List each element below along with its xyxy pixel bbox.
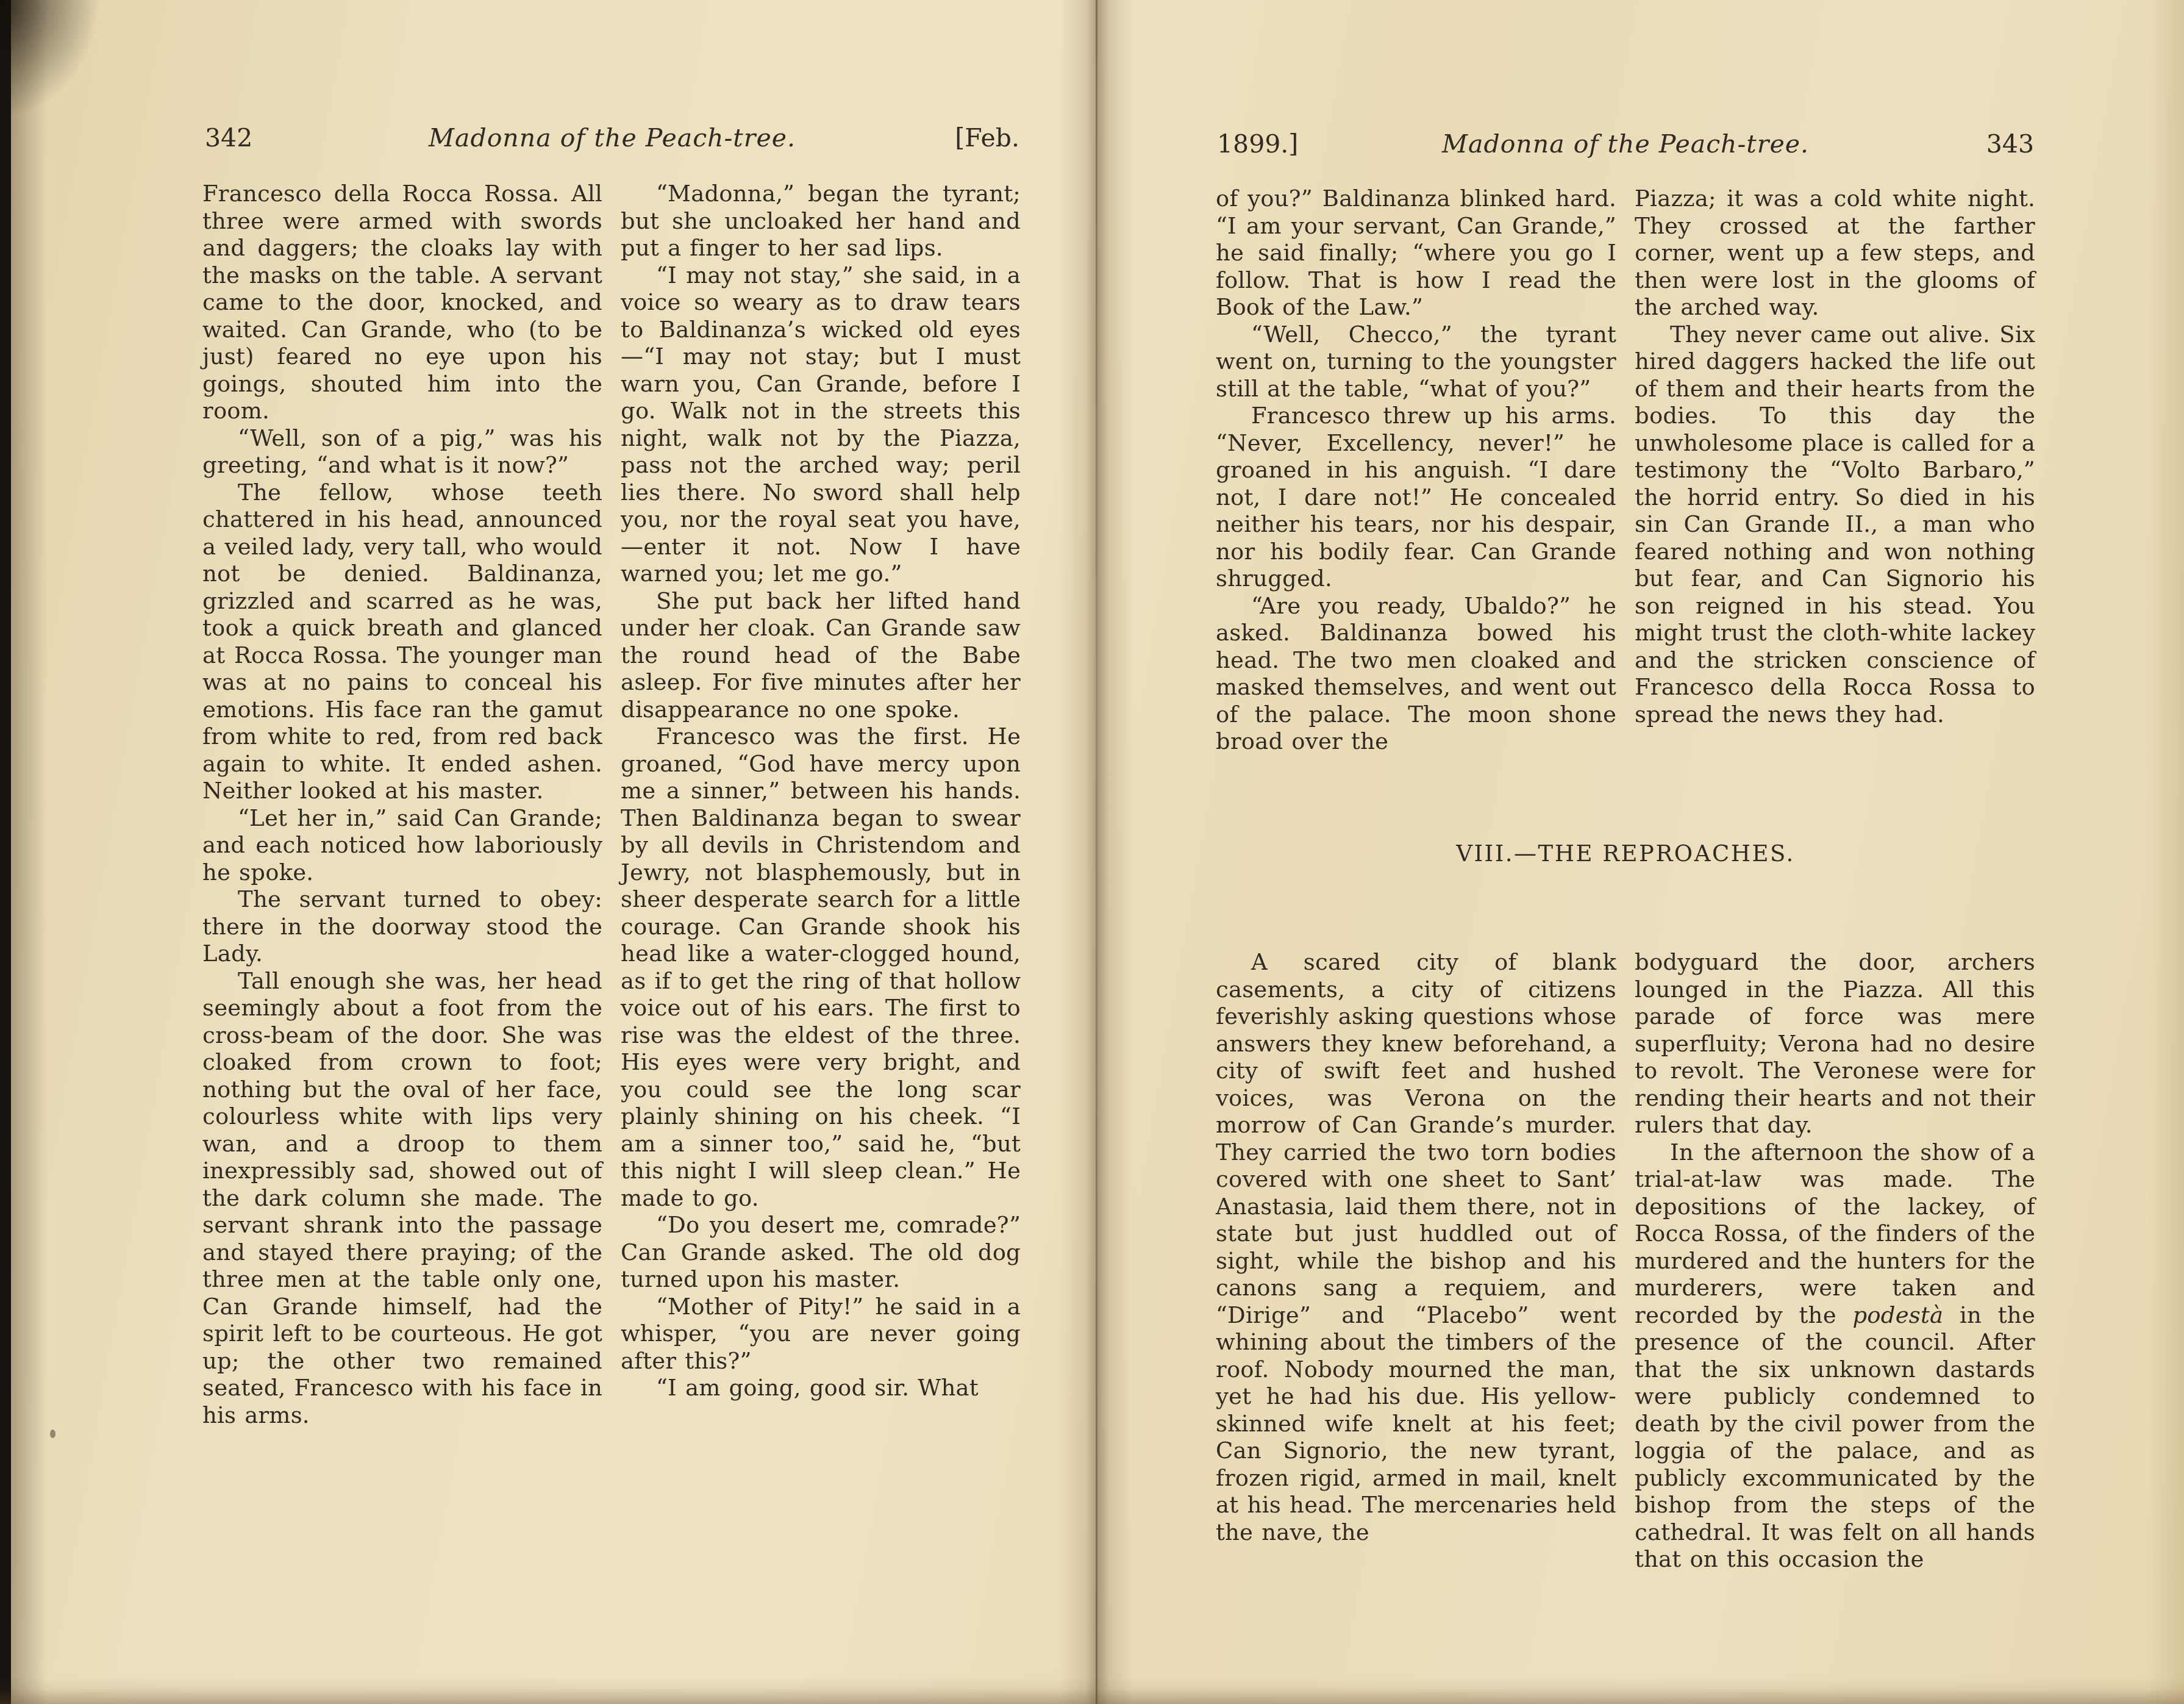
right-page-top-columns: of you?” Baldinanza blinked hard. “I am …: [1216, 185, 2035, 756]
right-page-top-column-2: Piazza; it was a cold white night. They …: [1635, 185, 2035, 756]
paragraph: The fellow, whose teeth chattered in his…: [202, 479, 602, 805]
paragraph: Francesco threw up his arms. “Never, Exc…: [1216, 403, 1616, 593]
scan-edge-bottom: [0, 1676, 2184, 1704]
book-gutter-crease: [1096, 0, 1097, 1704]
page-corner-shadow: [0, 0, 104, 122]
paragraph: A scared city of blank casements, a city…: [1216, 949, 1616, 1546]
paragraph: Piazza; it was a cold white night. They …: [1635, 185, 2035, 321]
paragraph: “I may not stay,” she said, in a voice s…: [621, 262, 1021, 588]
paragraph: “Madonna,” began the tyrant; but she unc…: [621, 181, 1021, 262]
paragraph: “Mother of Pity!” he said in a whisper, …: [621, 1294, 1021, 1375]
left-page-column-1: Francesco della Rocca Rossa. All three w…: [202, 181, 602, 1429]
scan-speck: [50, 1430, 55, 1438]
scan-edge-left: [0, 0, 11, 1704]
left-page-column-2: “Madonna,” began the tyrant; but she unc…: [621, 181, 1021, 1429]
right-page-bottom-column-2: bodyguard the door, archers lounged in t…: [1635, 949, 2035, 1573]
book-spread-scan: 342 Madonna of the Peach-tree. [Feb. Fra…: [0, 0, 2184, 1704]
paragraph: “Are you ready, Ubaldo?” he asked. Baldi…: [1216, 593, 1616, 756]
right-page-number: 343: [1986, 126, 2034, 162]
paragraph: “Well, Checco,” the tyrant went on, turn…: [1216, 321, 1616, 403]
paragraph: of you?” Baldinanza blinked hard. “I am …: [1216, 185, 1616, 321]
paragraph: “Do you desert me, comrade?” Can Grande …: [621, 1212, 1021, 1294]
paragraph: “I am going, good sir. What: [621, 1375, 1021, 1402]
running-title-left: Madonna of the Peach-tree.: [205, 120, 1019, 156]
right-page-bottom-columns: A scared city of blank casements, a city…: [1216, 949, 2035, 1573]
scan-edge-right: [2147, 0, 2184, 1704]
paragraph: Francesco was the first. He groaned, “Go…: [621, 723, 1021, 1212]
paragraph: Francesco della Rocca Rossa. All three w…: [202, 181, 602, 425]
paragraph: They never came out alive. Six hired dag…: [1635, 321, 2035, 729]
paragraph: “Let her in,” said Can Grande; and each …: [202, 805, 602, 887]
right-page-top-column-1: of you?” Baldinanza blinked hard. “I am …: [1216, 185, 1616, 756]
paragraph: Tall enough she was, her head seemingly …: [202, 968, 602, 1430]
paragraph: She put back her lifted hand under her c…: [621, 588, 1021, 724]
right-page-bottom-column-1: A scared city of blank casements, a city…: [1216, 949, 1616, 1573]
scan-edge-left-shadow: [11, 0, 48, 1704]
left-page-columns: Francesco della Rocca Rossa. All three w…: [202, 181, 1021, 1429]
paragraph: “Well, son of a pig,” was his greeting, …: [202, 425, 602, 479]
paragraph: bodyguard the door, archers lounged in t…: [1635, 949, 2035, 1139]
section-heading: VIII.—THE REPROACHES.: [1216, 840, 2035, 867]
left-page-header: 342 Madonna of the Peach-tree. [Feb.: [205, 120, 1019, 156]
paragraph: The servant turned to obey: there in the…: [202, 886, 602, 968]
running-title-right: Madonna of the Peach-tree.: [1217, 126, 2034, 162]
issue-date-left: [Feb.: [955, 120, 1019, 156]
right-page-header: 1899.] Madonna of the Peach-tree. 343: [1217, 126, 2034, 162]
paragraph: In the afternoon the show of a trial-at-…: [1635, 1139, 2035, 1573]
